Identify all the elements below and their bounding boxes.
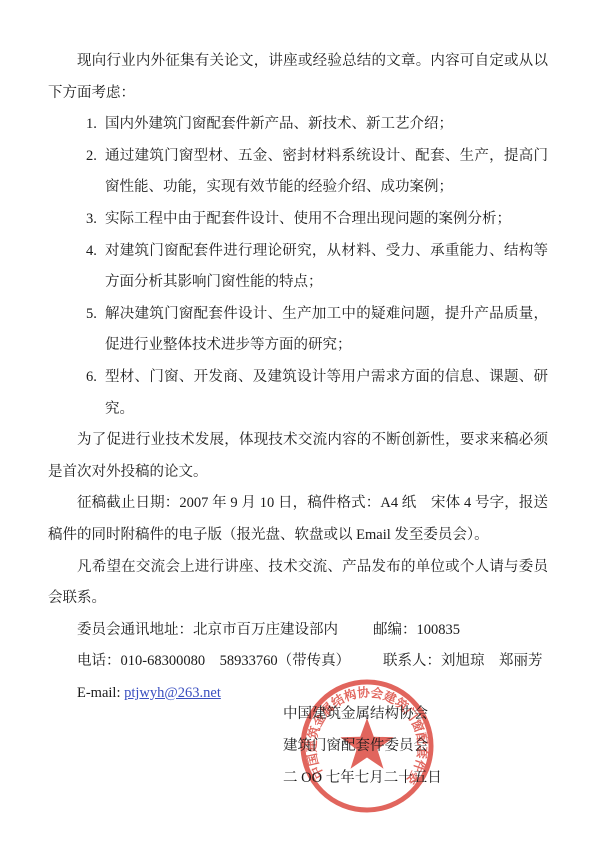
document-body: 现向行业内外征集有关论文，讲座或经验总结的文章。内容可自定或从以下方面考虑： 1…	[48, 46, 548, 709]
list-item: 1. 国内外建筑门窗配套件新产品、新技术、新工艺介绍；	[48, 109, 548, 141]
topic-list: 1. 国内外建筑门窗配套件新产品、新技术、新工艺介绍； 2. 通过建筑门窗型材、…	[48, 109, 548, 425]
list-item: 5. 解决建筑门窗配套件设计、生产加工中的疑难问题，提升产品质量，促进行业整体技…	[48, 299, 548, 362]
postcode: 邮编：100835	[373, 615, 460, 647]
list-item: 6. 型材、门窗、开发商、及建筑设计等用户需求方面的信息、课题、研究。	[48, 362, 548, 425]
list-item-number: 3.	[86, 204, 97, 236]
email-label: E-mail:	[77, 685, 121, 701]
signature-date: 二 OO 七年七月二十五日	[283, 762, 442, 794]
list-item-text: 国内外建筑门窗配套件新产品、新技术、新工艺介绍；	[105, 116, 453, 132]
document-page: 现向行业内外征集有关论文，讲座或经验总结的文章。内容可自定或从以下方面考虑： 1…	[0, 0, 595, 842]
phone-numbers: 电话：010-68300080 58933760（带传真）	[77, 653, 350, 669]
committee-address: 委员会通讯地址：北京市百万庄建设部内	[77, 622, 338, 638]
innovation-paragraph: 为了促进行业技术发展，体现技术交流内容的不断创新性，要求来稿必须是首次对外投稿的…	[48, 425, 548, 488]
signature-committee: 建筑门窗配套件委员会	[283, 730, 442, 762]
signature-association: 中国建筑金属结构协会	[283, 698, 442, 730]
list-item-number: 6.	[86, 362, 97, 394]
list-item-text: 通过建筑门窗型材、五金、密封材料系统设计、配套、生产，提高门窗性能、功能，实现有…	[105, 148, 548, 196]
list-item-text: 对建筑门窗配套件进行理论研究，从材料、受力、承重能力、结构等方面分析其影响门窗性…	[105, 243, 548, 291]
list-item-text: 实际工程中由于配套件设计、使用不合理出现问题的案例分析；	[105, 211, 511, 227]
contact-persons: 联系人：刘旭琼 郑丽芳	[383, 646, 543, 678]
list-item-number: 4.	[86, 236, 97, 268]
email-link[interactable]: ptjwyh@263.net	[124, 685, 221, 701]
contact-phone-line: 电话：010-68300080 58933760（带传真） 联系人：刘旭琼 郑丽…	[48, 646, 548, 678]
list-item: 3. 实际工程中由于配套件设计、使用不合理出现问题的案例分析；	[48, 204, 548, 236]
list-item-number: 5.	[86, 299, 97, 331]
list-item-text: 型材、门窗、开发商、及建筑设计等用户需求方面的信息、课题、研究。	[105, 369, 548, 417]
list-item-number: 1.	[86, 109, 97, 141]
invite-paragraph: 凡希望在交流会上进行讲座、技术交流、产品发布的单位或个人请与委员会联系。	[48, 552, 548, 615]
contact-address-line: 委员会通讯地址：北京市百万庄建设部内 邮编：100835	[48, 615, 548, 647]
list-item-number: 2.	[86, 141, 97, 173]
intro-paragraph: 现向行业内外征集有关论文，讲座或经验总结的文章。内容可自定或从以下方面考虑：	[48, 46, 548, 109]
list-item: 4. 对建筑门窗配套件进行理论研究，从材料、受力、承重能力、结构等方面分析其影响…	[48, 236, 548, 299]
signature-block: 中国建筑金属结构协会 建筑门窗配套件委员会 二 OO 七年七月二十五日	[283, 698, 442, 795]
list-item-text: 解决建筑门窗配套件设计、生产加工中的疑难问题，提升产品质量，促进行业整体技术进步…	[105, 306, 548, 354]
deadline-paragraph: 征稿截止日期：2007 年 9 月 10 日，稿件格式：A4 纸 宋体 4 号字…	[48, 488, 548, 551]
list-item: 2. 通过建筑门窗型材、五金、密封材料系统设计、配套、生产，提高门窗性能、功能，…	[48, 141, 548, 204]
